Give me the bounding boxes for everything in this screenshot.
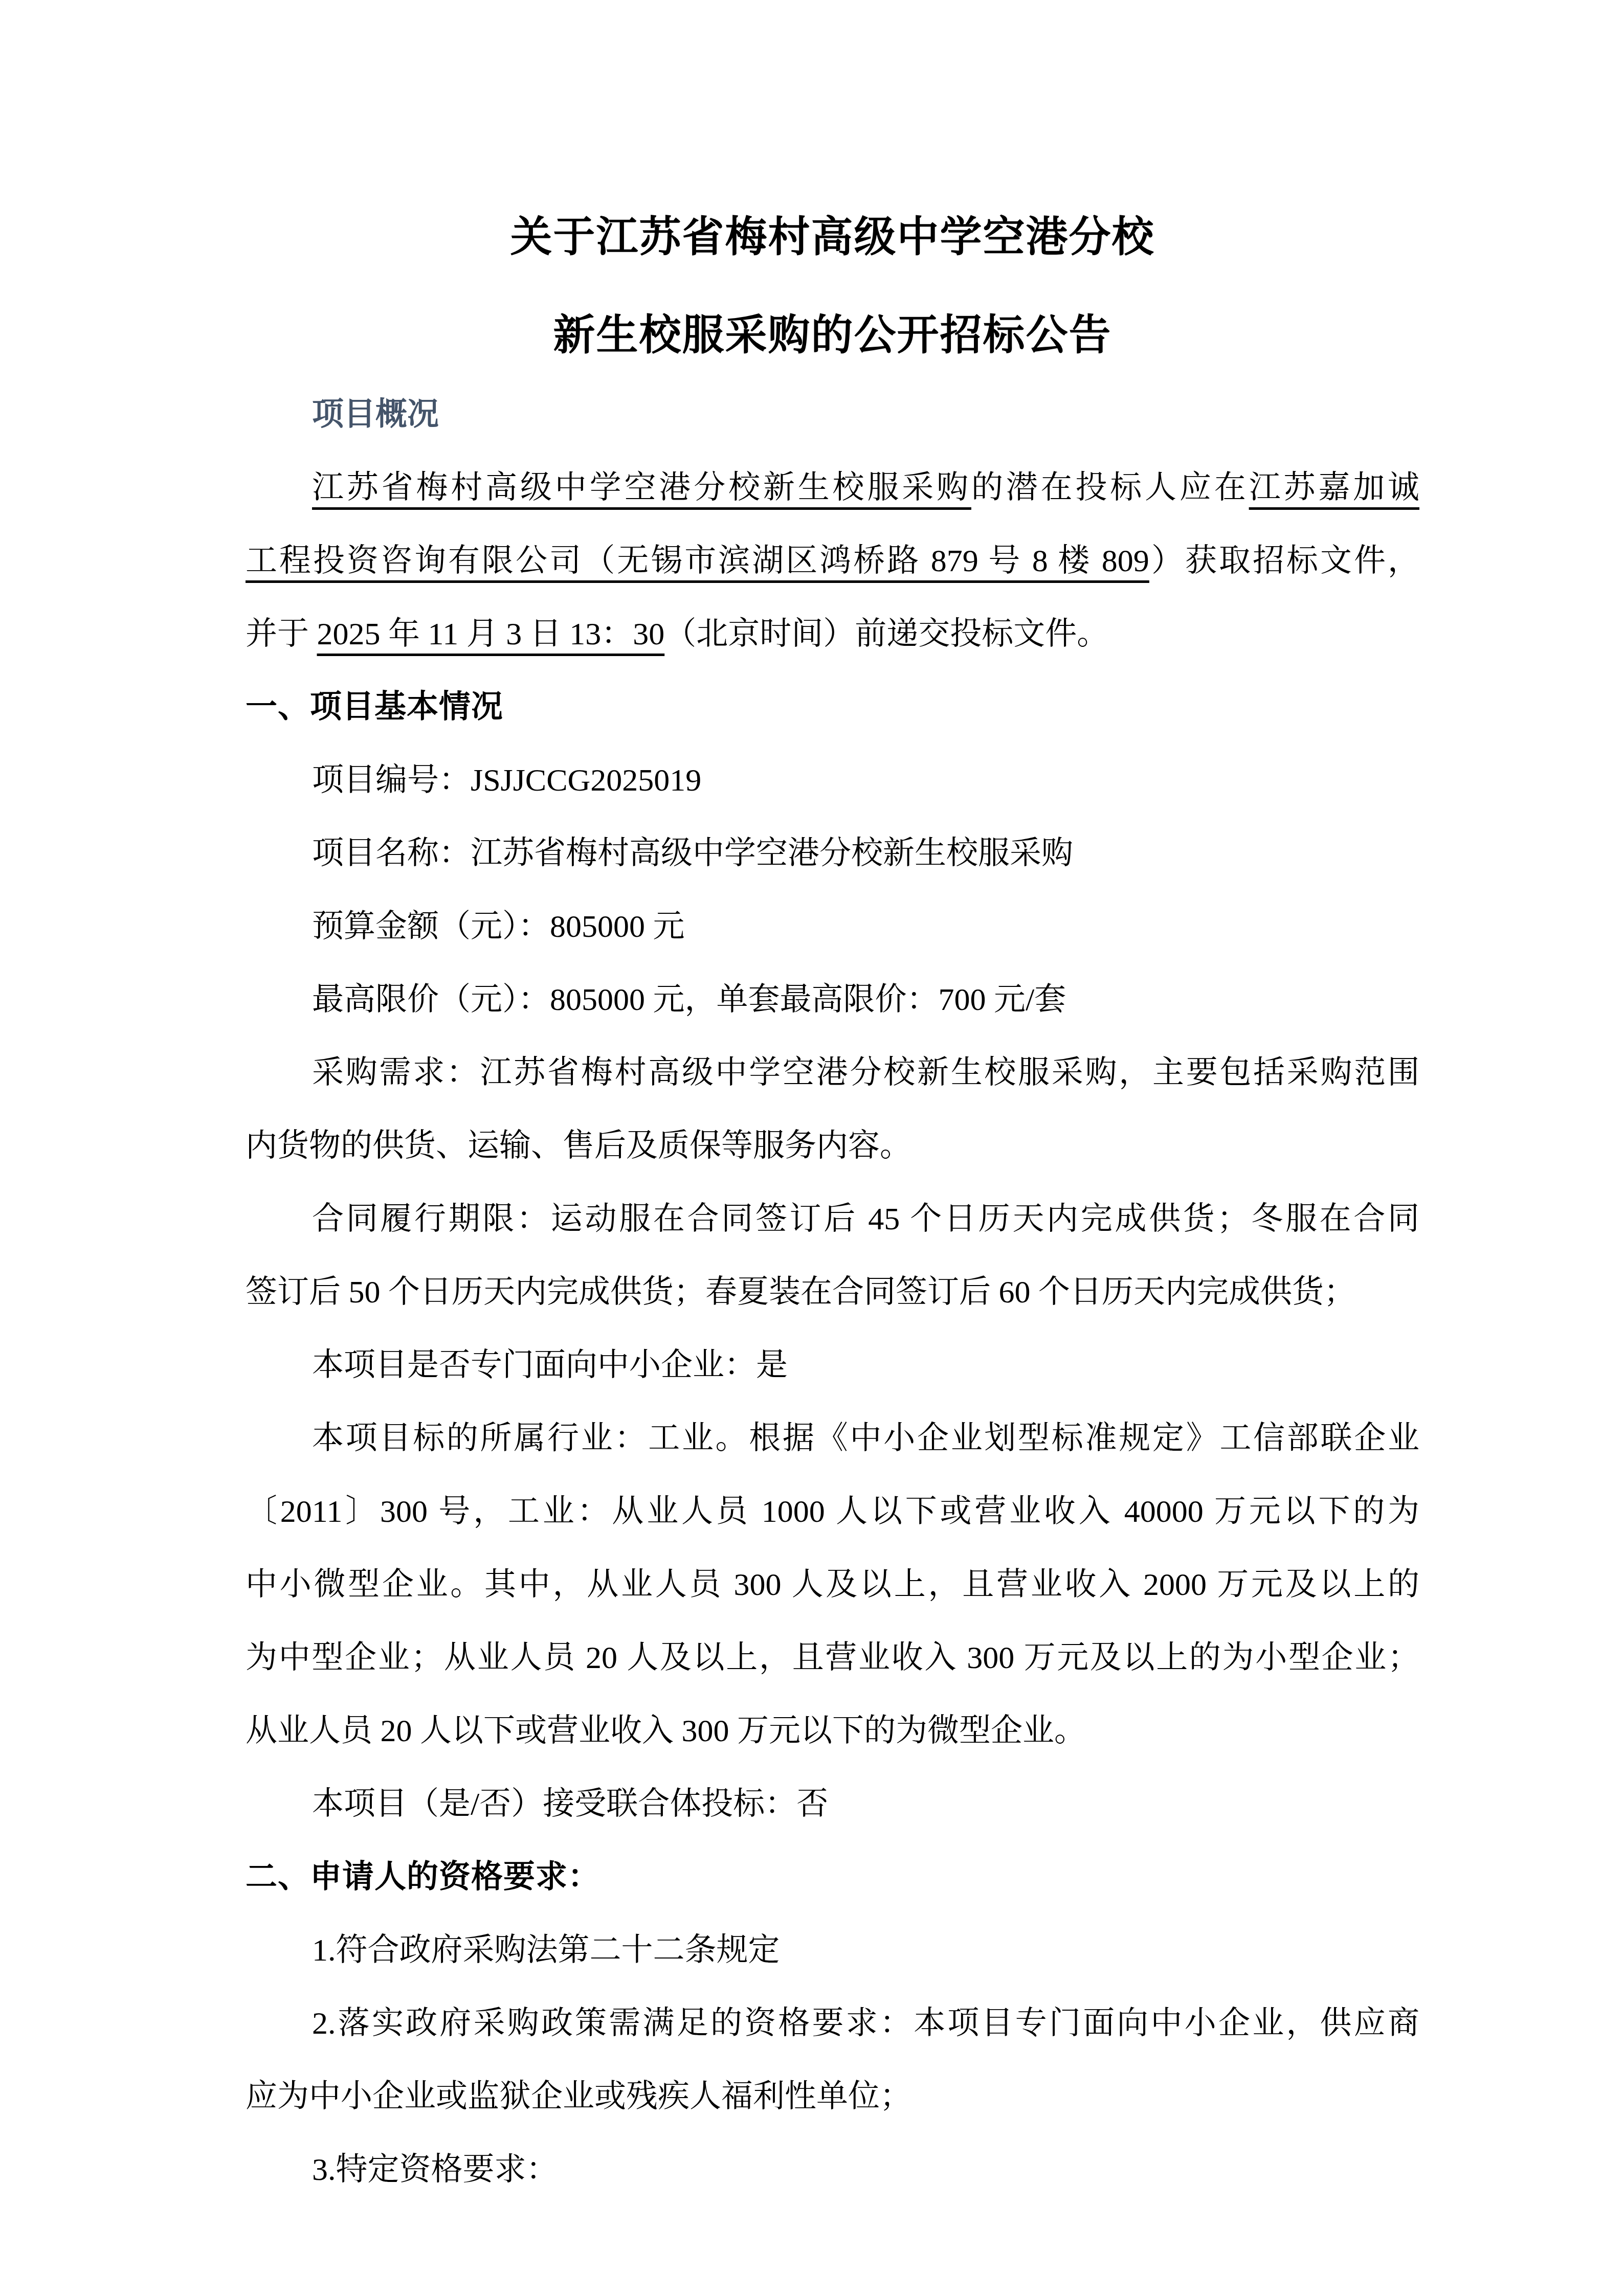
industry-line-1: 本项目标的所属行业：工业。根据《中小企业划型标准规定》工信部联企业 [246, 1402, 1419, 1475]
intro-text-2: ）获取招标文件， [1149, 544, 1419, 578]
sme-only-line: 本项目是否专门面向中小企业：是 [246, 1329, 1419, 1402]
section1-heading: 一、项目基本情况 [246, 671, 1419, 744]
intro-line-1: 江苏省梅村高级中学空港分校新生校服采购的潜在投标人应在江苏嘉加诚 [246, 452, 1419, 525]
overview-heading: 项目概况 [246, 378, 1419, 452]
intro-underline-agent-address: 工程投资咨询有限公司（无锡市滨湖区鸿桥路 879 号 8 楼 809 [246, 544, 1149, 578]
price-cap-line: 最高限价（元）：805000 元，单套最高限价：700 元/套 [246, 963, 1419, 1037]
document-content: 关于江苏省梅村高级中学空港分校 新生校服采购的公开招标公告 项目概况 江苏省梅村… [0, 188, 1624, 2207]
qualification-item-2-line-1: 2.落实政府采购政策需满足的资格要求：本项目专门面向中小企业，供应商 [246, 1987, 1419, 2060]
duration-line-1: 合同履行期限：运动服在合同签订后 45 个日历天内完成供货；冬服在合同 [246, 1183, 1419, 1256]
demand-line-1: 采购需求：江苏省梅村高级中学空港分校新生校服采购，主要包括采购范围 [246, 1037, 1419, 1110]
doc-title-line-2: 新生校服采购的公开招标公告 [246, 286, 1419, 385]
industry-line-4: 为中型企业；从业人员 20 人及以上，且营业收入 300 万元及以上的为小型企业… [246, 1622, 1419, 1695]
project-code-line: 项目编号：JSJJCCG2025019 [246, 744, 1419, 817]
intro-text-3: 并于 [246, 617, 317, 651]
intro-underline-project: 江苏省梅村高级中学空港分校新生校服采购 [312, 470, 971, 505]
demand-line-2: 内货物的供货、运输、售后及质保等服务内容。 [246, 1110, 1419, 1183]
intro-line-3: 并于 2025 年 11 月 3 日 13：30（北京时间）前递交投标文件。 [246, 598, 1419, 671]
intro-underline-deadline: 2025 年 11 月 3 日 13：30 [317, 617, 665, 651]
intro-text-4: （北京时间）前递交投标文件。 [664, 617, 1108, 651]
industry-line-5: 从业人员 20 人以下或营业收入 300 万元以下的为微型企业。 [246, 1695, 1419, 1768]
consortium-line: 本项目（是/否）接受联合体投标：否 [246, 1768, 1419, 1841]
section2-heading: 二、申请人的资格要求： [246, 1841, 1419, 1914]
duration-line-2: 签订后 50 个日历天内完成供货；春夏装在合同签订后 60 个日历天内完成供货； [246, 1256, 1419, 1329]
doc-title-line-1: 关于江苏省梅村高级中学空港分校 [246, 188, 1419, 286]
qualification-item-2-line-2: 应为中小企业或监狱企业或残疾人福利性单位； [246, 2060, 1419, 2133]
qualification-item-1: 1.符合政府采购法第二十二条规定 [246, 1914, 1419, 1987]
industry-line-2: 〔2011〕300 号，工业：从业人员 1000 人以下或营业收入 40000 … [246, 1475, 1419, 1548]
doc-title: 关于江苏省梅村高级中学空港分校 新生校服采购的公开招标公告 [246, 188, 1419, 385]
document-page: 关于江苏省梅村高级中学空港分校 新生校服采购的公开招标公告 项目概况 江苏省梅村… [0, 0, 1624, 2296]
industry-line-3: 中小微型企业。其中，从业人员 300 人及以上，且营业收入 2000 万元及以上… [246, 1548, 1419, 1622]
budget-line: 预算金额（元）：805000 元 [246, 890, 1419, 963]
intro-line-2: 工程投资咨询有限公司（无锡市滨湖区鸿桥路 879 号 8 楼 809）获取招标文… [246, 525, 1419, 598]
intro-underline-agent-start: 江苏嘉加诚 [1249, 470, 1419, 505]
qualification-item-3: 3.特定资格要求： [246, 2133, 1419, 2207]
intro-text-1: 的潜在投标人应在 [971, 470, 1249, 505]
project-name-line: 项目名称：江苏省梅村高级中学空港分校新生校服采购 [246, 817, 1419, 890]
